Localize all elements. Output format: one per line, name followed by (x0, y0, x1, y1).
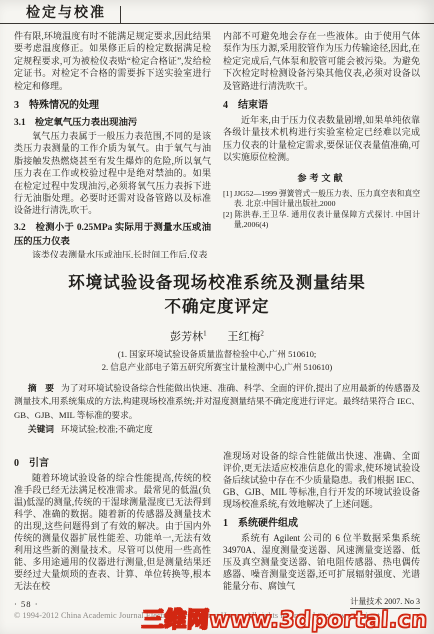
affiliations: (1. 国家环境试验设备质量监督检验中心,广州 510610; 2. 信息产业部… (14, 348, 420, 373)
section-heading-0: 0 引言 (14, 454, 211, 469)
keywords-label: 关键词 (28, 424, 54, 434)
author-2-affiliation-marker: 2 (260, 329, 264, 337)
author-1-affiliation-marker: 1 (203, 329, 207, 337)
abstract-text: 为了对环境试验设备综合性能做出快速、准确、科学、全面的评价,提出了应用最新的传感… (14, 383, 420, 420)
lower-right-column: 准现场对设备的综合性能做出快速、准确、全面评价,更无法适应校准信息化的需求,使环… (223, 450, 420, 592)
paragraph: 准现场对设备的综合性能做出快速、准确、全面评价,更无法适应校准信息化的需求,使环… (223, 450, 420, 510)
abstract-label: 摘 要 (28, 383, 54, 393)
author-1-name: 彭芳林 (170, 331, 203, 343)
article-title-line1: 环境试验设备现场校准系统及测量结果 (14, 271, 420, 295)
reference-item: [2] 陈洪春,王卫华. 通用仪表计量保障方式探讨. 中国计量,2006(4) (223, 210, 420, 231)
article-title-line2: 不确定度评定 (14, 295, 420, 319)
keywords-text: 环境试验;校准;不确定度 (61, 424, 153, 434)
paragraph: 随着环境试验设备的综合性能提高,传统的校准手段已经无法满足校准需求。最常见的低温… (14, 472, 211, 592)
article-title: 环境试验设备现场校准系统及测量结果 不确定度评定 (14, 271, 420, 319)
header-divider-line (120, 6, 121, 23)
article-body-columns: 0 引言 随着环境试验设备的综合性能提高,传统的校准手段已经无法满足校准需求。最… (0, 450, 434, 592)
section-heading-4: 4 结束语 (223, 96, 420, 111)
paragraph: 近年来,由于压力仪表数量剧增,如果单纯依靠各级计量技术机构进行实验室检定已经难以… (223, 114, 420, 164)
article-header: 环境试验设备现场校准系统及测量结果 不确定度评定 彭芳林1 王红梅2 (1. 国… (0, 271, 434, 437)
section-heading-1: 1 系统硬件组成 (223, 514, 420, 529)
upper-left-column: 件有限,环境温度有时不能满足规定要求,因此结果要考虑温度修正。如果修正后的检定数… (14, 30, 211, 258)
affiliation-2: 2. 信息产业部电子第五研究所赛宝计量检测中心,广州 510610) (14, 361, 420, 374)
page-footer: · 58 · 计量技术 2007. No 3 © 1994-2012 China… (14, 596, 420, 630)
lower-left-column: 0 引言 随着环境试验设备的综合性能提高,传统的校准手段已经无法满足校准需求。最… (14, 450, 211, 592)
paragraph: 系统有 Agilent 公司的 6 位半数据采集系统 34970A、湿度测量变送… (223, 532, 420, 592)
paragraph: 件有限,环境温度有时不能满足规定要求,因此结果要考虑温度修正。如果修正后的检定数… (14, 30, 211, 92)
keywords: 关键词环境试验;校准;不确定度 (14, 423, 420, 436)
abstract: 摘 要为了对环境试验设备综合性能做出快速、准确、科学、全面的评价,提出了应用最新… (14, 382, 420, 422)
subsection-heading-3-1: 3.1 检定氧气压力表出现油污 (14, 114, 211, 128)
upper-right-column: 内部不可避免地会存在一些液体。由于使用气体泵作为压力源,采用胶管作为压力传输途径… (223, 30, 420, 258)
paragraph: 该类仪表测量水压或油压,长时间工作后,仪表 (14, 249, 211, 258)
paragraph: 氧气压力表属于一般压力表范围,不同的是该类压力表测量的工作介质为氧气。由于氧气与… (14, 130, 211, 217)
references-heading: 参考文献 (223, 171, 420, 184)
page-header: 检定与校准 (0, 0, 434, 24)
page-number: · 58 · (14, 599, 39, 609)
column-header-label: 检定与校准 (26, 2, 106, 23)
author-list: 彭芳林1 王红梅2 (14, 328, 420, 344)
journal-page: 检定与校准 件有限,环境温度有时不能满足规定要求,因此结果要考虑温度修正。如果修… (0, 0, 434, 634)
reference-item: [1] JJG52—1999 弹簧管式一般压力表、压力真空表和真空表. 北京:中… (223, 189, 420, 210)
previous-article-continuation: 件有限,环境温度有时不能满足规定要求,因此结果要考虑温度修正。如果修正后的检定数… (0, 24, 434, 258)
section-heading-3: 3 特殊情况的处理 (14, 96, 211, 111)
author-1: 彭芳林1 (170, 331, 207, 343)
paragraph: 内部不可避免地会存在一些液体。由于使用气体泵作为压力源,采用胶管作为压力传输途径… (223, 30, 420, 92)
subsection-heading-3-2: 3.2 检测小于 0.25MPa 实际用于测量水压或油压的压力仪表 (14, 219, 211, 247)
author-2: 王红梅2 (227, 331, 264, 343)
author-2-name: 王红梅 (227, 331, 260, 343)
affiliation-1: (1. 国家环境试验设备质量监督检验中心,广州 510610; (14, 348, 420, 361)
watermark-text: 三维网www.3dportal.cn (142, 603, 429, 634)
